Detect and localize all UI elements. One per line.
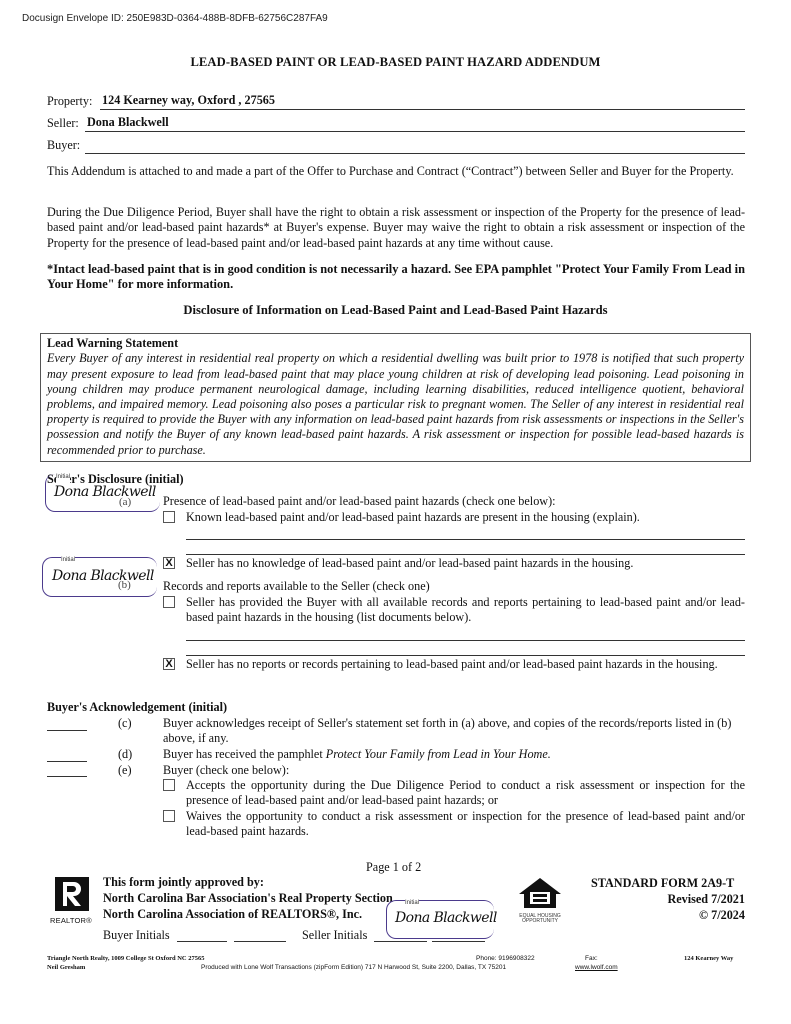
lead-warning-heading: Lead Warning Statement xyxy=(47,336,744,351)
seller-initial-footer-box[interactable]: Initial Dona Blackwell xyxy=(386,900,494,939)
intro-paragraph-2: During the Due Diligence Period, Buyer s… xyxy=(47,205,745,251)
no-records-text: Seller has no reports or records pertain… xyxy=(186,657,745,672)
documents-line-2[interactable] xyxy=(186,655,745,656)
item-d-text: Buyer has received the pamphlet Protect … xyxy=(163,747,551,762)
seller-field: Seller: Dona Blackwell xyxy=(47,116,745,132)
disclosure-heading: Disclosure of Information on Lead-Based … xyxy=(0,303,791,318)
property-value[interactable]: 124 Kearney way, Oxford , 27565 xyxy=(102,93,275,108)
form-name: STANDARD FORM 2A9-T xyxy=(591,876,734,891)
seller-value[interactable]: Dona Blackwell xyxy=(87,115,169,130)
item-e-letter: (e) xyxy=(118,763,132,778)
seller-line xyxy=(85,131,745,132)
equal-housing-text: EQUAL HOUSING OPPORTUNITY xyxy=(515,914,565,924)
buyer-label: Buyer: xyxy=(47,138,80,153)
item-a-letter: (a) xyxy=(119,495,131,510)
property-line xyxy=(100,109,745,110)
no-knowledge-text: Seller has no knowledge of lead-based pa… xyxy=(186,556,633,571)
seller-initial-footer-signature: Dona Blackwell xyxy=(395,911,497,926)
item-c-text: Buyer acknowledges receipt of Seller's s… xyxy=(163,716,745,747)
realtor-logo: REALTOR® xyxy=(52,877,94,921)
seller-initials-line-1[interactable] xyxy=(374,941,427,942)
item-c-letter: (c) xyxy=(118,716,132,731)
seller-initial-b-box[interactable]: Initial Dona Blackwell xyxy=(42,557,157,597)
equal-housing-logo: EQUAL HOUSING OPPORTUNITY xyxy=(515,876,565,922)
accepts-opportunity-text: Accepts the opportunity during the Due D… xyxy=(186,778,745,809)
explain-line-2[interactable] xyxy=(186,554,745,555)
buyer-field: Buyer: xyxy=(47,138,745,154)
pamphlet-title: Protect Your Family from Lead in Your Ho… xyxy=(326,747,551,761)
buyer-initials-line-1[interactable] xyxy=(177,941,227,942)
document-title: LEAD-BASED PAINT OR LEAD-BASED PAINT HAZ… xyxy=(0,55,791,70)
buyer-ack-heading: Buyer's Acknowledgement (initial) xyxy=(47,700,227,715)
seller-initials-label: Seller Initials xyxy=(302,928,367,943)
initial-label: Initial xyxy=(61,553,75,568)
broker-fax: Fax: xyxy=(585,954,598,963)
lead-warning-box: Lead Warning Statement Every Buyer of an… xyxy=(40,333,751,462)
check-mark: X xyxy=(165,557,172,569)
property-label: Property: xyxy=(47,94,92,109)
known-lead-checkbox[interactable] xyxy=(163,511,175,523)
item-b-text: Records and reports available to the Sel… xyxy=(163,579,430,594)
waives-opportunity-text: Waives the opportunity to conduct a risk… xyxy=(186,809,745,840)
buyer-initial-d[interactable] xyxy=(47,761,87,762)
document-name: 124 Kearney Way xyxy=(684,954,733,963)
no-knowledge-checkbox[interactable]: X xyxy=(163,557,175,569)
seller-signature-b: Dona Blackwell xyxy=(52,569,154,584)
check-mark: X xyxy=(165,658,172,670)
records-provided-checkbox[interactable] xyxy=(163,596,175,608)
records-provided-text: Seller has provided the Buyer with all a… xyxy=(186,595,745,626)
approving-org-1: North Carolina Bar Association's Real Pr… xyxy=(103,891,393,906)
realtor-logo-text: REALTOR® xyxy=(50,913,92,928)
waives-opportunity-checkbox[interactable] xyxy=(163,810,175,822)
accepts-opportunity-checkbox[interactable] xyxy=(163,779,175,791)
broker-line-1: Triangle North Realty, 1009 College St O… xyxy=(47,954,205,963)
item-b-letter: (b) xyxy=(118,578,131,593)
buyer-line xyxy=(85,153,745,154)
item-a-text: Presence of lead-based paint and/or lead… xyxy=(163,494,556,509)
seller-label: Seller: xyxy=(47,116,79,131)
seller-signature-a: Dona Blackwell xyxy=(54,485,156,500)
property-field: Property: 124 Kearney way, Oxford , 2756… xyxy=(47,94,745,110)
item-d-text-main: Buyer has received the pamphlet xyxy=(163,747,326,761)
lead-warning-body: Every Buyer of any interest in residenti… xyxy=(47,351,744,457)
approving-org-2: North Carolina Association of REALTORS®,… xyxy=(103,907,362,922)
item-e-text: Buyer (check one below): xyxy=(163,763,289,778)
intro-paragraph-1: This Addendum is attached to and made a … xyxy=(47,164,745,179)
buyer-initials-line-2[interactable] xyxy=(234,941,286,942)
no-records-checkbox[interactable]: X xyxy=(163,658,175,670)
explain-line-1[interactable] xyxy=(186,539,745,540)
lwolf-link[interactable]: www.lwolf.com xyxy=(575,963,618,972)
form-revised: Revised 7/2021 xyxy=(667,892,745,907)
buyer-initial-e[interactable] xyxy=(47,776,87,777)
documents-line-1[interactable] xyxy=(186,640,745,641)
seller-initial-a-box[interactable]: Initial Dona Blackwell xyxy=(45,474,160,512)
broker-phone: Phone: 9196908322 xyxy=(476,954,535,963)
known-lead-text: Known lead-based paint and/or lead-based… xyxy=(186,510,640,525)
item-d-letter: (d) xyxy=(118,747,132,762)
form-copyright: © 7/2024 xyxy=(699,908,745,923)
buyer-initials-label: Buyer Initials xyxy=(103,928,170,943)
seller-initials-line-2[interactable] xyxy=(432,941,485,942)
broker-line-2: Neil Gresham xyxy=(47,963,85,972)
epa-note: *Intact lead-based paint that is in good… xyxy=(47,262,745,293)
equal-housing-icon xyxy=(515,876,565,910)
buyer-initial-c[interactable] xyxy=(47,730,87,731)
approved-by: This form jointly approved by: xyxy=(103,875,264,890)
envelope-id: Docusign Envelope ID: 250E983D-0364-488B… xyxy=(22,11,328,26)
page-number: Page 1 of 2 xyxy=(366,860,421,875)
produced-by: Produced with Lone Wolf Transactions (zi… xyxy=(201,963,506,972)
